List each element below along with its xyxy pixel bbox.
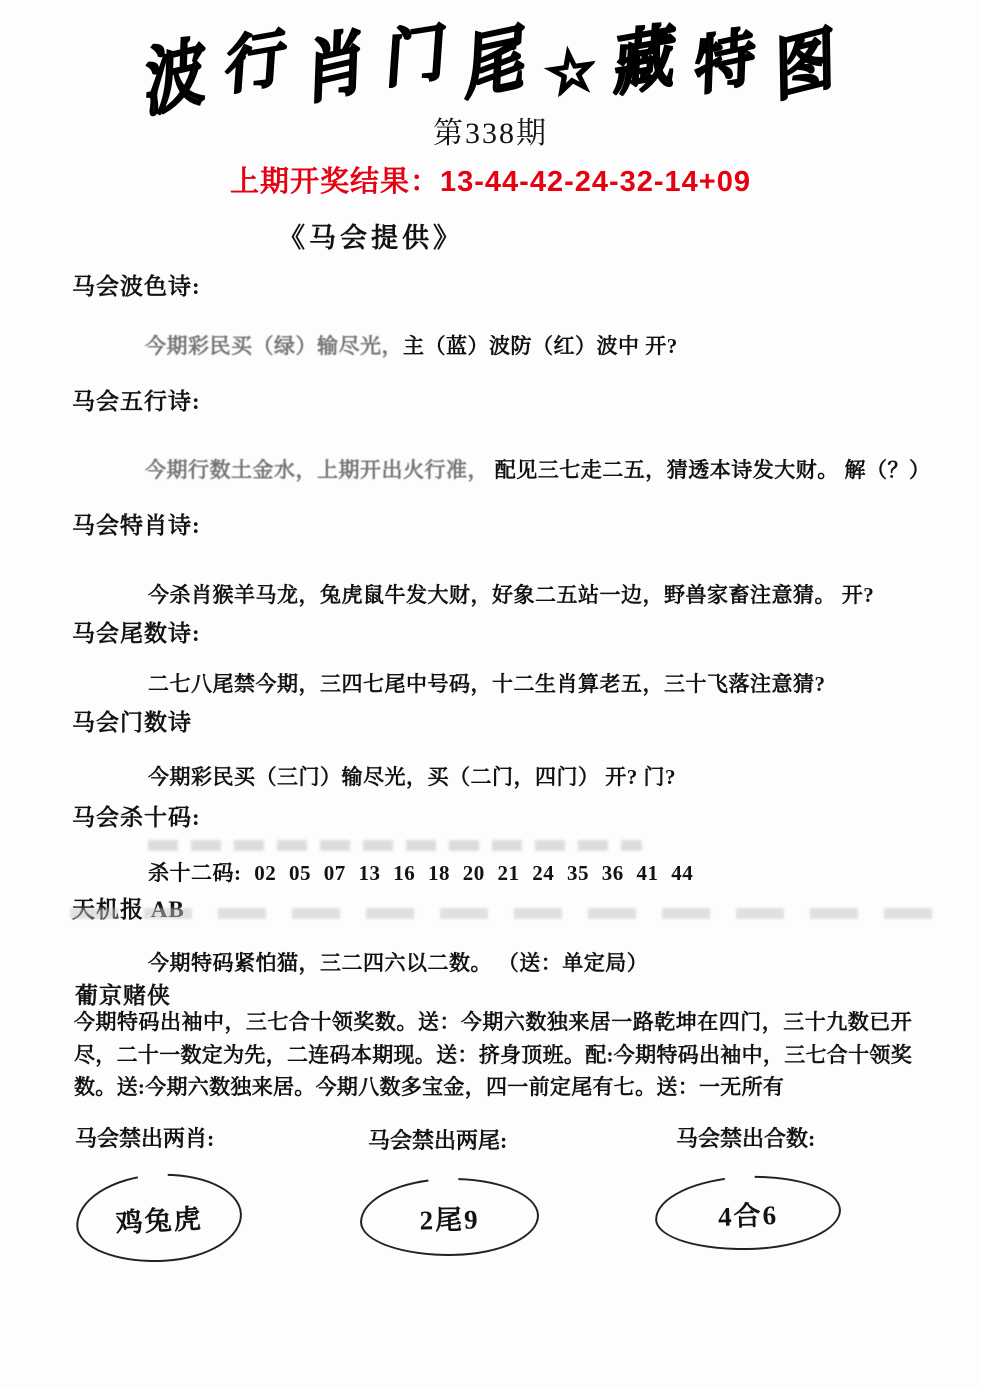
poem-bose: 今期彩民买（绿）输尽光，主（蓝）波防（红）波中 开? [145, 330, 678, 360]
page-title: 波行肖门尾☆藏特图 [0, 14, 981, 103]
title-char: 特 [693, 4, 757, 109]
section-heading-bose: 马会波色诗: [72, 268, 201, 301]
ban-sum-oval: 4合6 [654, 1173, 842, 1253]
poem-menshu: 今期彩民买（三门）输尽光，买（二门，四门） 开? 门? [148, 761, 676, 791]
poem-wuxing-faded: 今期行数土金水，上期开出火行准， [145, 458, 489, 482]
star-icon: ☆ [542, 37, 601, 108]
title-char: 行 [223, 5, 290, 107]
title-char: 藏 [611, 0, 679, 110]
title-char: 门 [383, 0, 451, 101]
killed-numbers-label: 杀十二码: [148, 861, 242, 885]
killed-numbers-values: 02 05 07 13 16 18 20 21 24 35 36 41 44 [254, 861, 693, 885]
section-heading-texiao: 马会特肖诗: [72, 507, 201, 540]
title-char: 图 [774, 2, 836, 116]
tip-sheet-page: 波行肖门尾☆藏特图 第338期 上期开奖结果：13-44-42-24-32-14… [0, 0, 981, 1388]
provider-caption: 《马会提供》 [278, 216, 464, 255]
ban-zodiac-value: 鸡兔虎 [115, 1196, 204, 1239]
section-heading-weishu: 马会尾数诗: [72, 615, 201, 648]
ban-tail-oval: 2尾9 [359, 1176, 539, 1257]
ban-zodiac-oval: 鸡兔虎 [74, 1170, 244, 1267]
ban-sum-value: 4合6 [717, 1192, 778, 1233]
title-char: 尾 [463, 0, 529, 114]
poem-bose-faded: 今期彩民买（绿）输尽光， [145, 334, 403, 358]
pujing-paragraph: 今期特码出袖中，三七合十领奖数。送：今期六数独来居一路乾坤在四门，三十九数已开尽… [74, 1006, 912, 1104]
issue-number: 第338期 [0, 108, 981, 152]
poem-wuxing-rest: 配见三七走二五，猜透本诗发大财。 解（？） [489, 458, 931, 482]
ghost-print-line [70, 908, 958, 919]
section-heading-shama: 马会杀十码: [72, 799, 201, 832]
poem-tianji: 今期特码紧怕猫，三二四六以二数。 （送：单定局） [148, 947, 648, 977]
section-heading-wuxing: 马会五行诗: [72, 383, 201, 416]
last-draw-result: 上期开奖结果：13-44-42-24-32-14+09 [0, 159, 981, 200]
ban-tail-value: 2尾9 [419, 1197, 480, 1237]
ban-sum-label: 马会禁出合数: [676, 1122, 815, 1153]
poem-weishu: 二七八尾禁今期，三四七尾中号码，十二生肖算老五，三十飞落注意猜? [148, 668, 826, 698]
poem-texiao: 今杀肖猴羊马龙，兔虎鼠牛发大财，好象二五站一边，野兽家畜注意猜。 开? [148, 579, 874, 609]
killed-numbers-row: 杀十二码: 02 05 07 13 16 18 20 21 24 35 36 4… [148, 857, 693, 887]
ban-tail-label: 马会禁出两尾: [368, 1124, 507, 1155]
section-heading-menshu: 马会门数诗 [72, 704, 192, 737]
poem-bose-rest: 主（蓝）波防（红）波中 开? [403, 334, 678, 358]
title-char: 肖 [304, 2, 368, 119]
poem-wuxing: 今期行数土金水，上期开出火行准， 配见三七走二五，猜透本诗发大财。 解（？） [145, 454, 931, 484]
ghost-print-line [148, 840, 642, 851]
ban-zodiac-label: 马会禁出两肖: [75, 1122, 214, 1153]
